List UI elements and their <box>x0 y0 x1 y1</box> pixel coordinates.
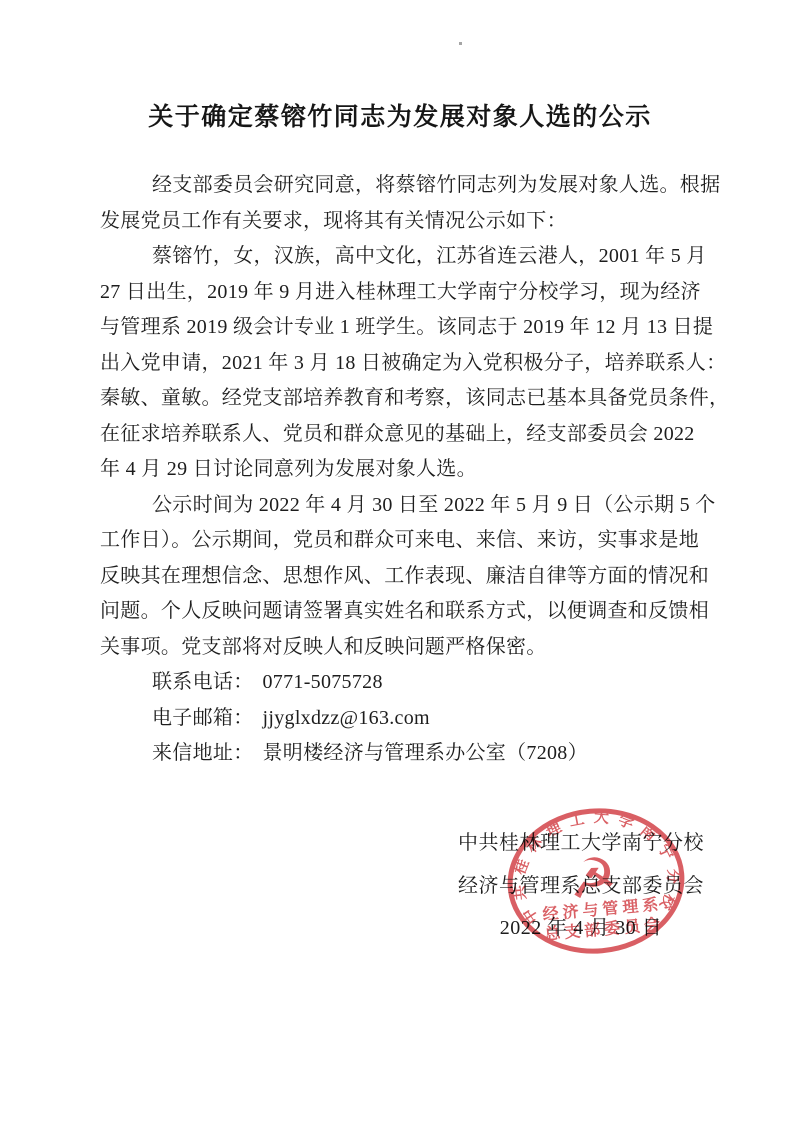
paragraph3-line4: 问题。个人反映问题请签署真实姓名和联系方式，以便调查和反馈相 <box>100 594 704 630</box>
paragraph2-line5: 秦敏、童敏。经党支部培养教育和考察，该同志已基本具备党员条件， <box>100 381 704 417</box>
paragraph3-line3: 反映其在理想信念、思想作风、工作表现、廉洁自律等方面的情况和 <box>100 559 704 595</box>
paragraph1-line1: 经支部委员会研究同意，将蔡镕竹同志列为发展对象人选。根据 <box>100 168 704 204</box>
contact-phone-value: 0771-5075728 <box>263 671 383 693</box>
paragraph1-line2: 发展党员工作有关要求，现将其有关情况公示如下： <box>100 204 704 240</box>
contact-address-label: 来信地址： <box>152 742 254 764</box>
contact-address-line: 来信地址：景明楼经济与管理系办公室（7208） <box>100 736 704 772</box>
contact-phone-label: 联系电话： <box>152 671 254 693</box>
document-body: 经支部委员会研究同意，将蔡镕竹同志列为发展对象人选。根据 发展党员工作有关要求，… <box>100 168 704 772</box>
contact-email-value: jjyglxdzz@163.com <box>263 707 430 729</box>
paragraph2-line6: 在征求培养联系人、党员和群众意见的基础上，经支部委员会 2022 <box>100 417 704 453</box>
official-seal: 中共桂林理工大学南宁分校 ☭ 经济与管理系 总支部委员会 <box>488 773 705 990</box>
document-title: 关于确定蔡镕竹同志为发展对象人选的公示 <box>0 97 800 133</box>
paragraph3-line5: 关事项。党支部将对反映人和反映问题严格保密。 <box>100 630 704 666</box>
contact-phone-line: 联系电话：0771-5075728 <box>100 665 704 701</box>
paragraph2-line3: 与管理系 2019 级会计专业 1 班学生。该同志于 2019 年 12 月 1… <box>100 310 704 346</box>
scanned-document-page: 关于确定蔡镕竹同志为发展对象人选的公示 经支部委员会研究同意，将蔡镕竹同志列为发… <box>0 0 800 1131</box>
scan-speck <box>459 42 462 45</box>
contact-email-line: 电子邮箱：jjyglxdzz@163.com <box>100 701 704 737</box>
paragraph3-line2: 工作日）。公示期间，党员和群众可来电、来信、来访，实事求是地 <box>100 523 704 559</box>
paragraph2-line1: 蔡镕竹，女，汉族，高中文化，江苏省连云港人，2001 年 5 月 <box>100 239 704 275</box>
paragraph2-line2: 27 日出生，2019 年 9 月进入桂林理工大学南宁分校学习，现为经济 <box>100 275 704 311</box>
paragraph3-line1: 公示时间为 2022 年 4 月 30 日至 2022 年 5 月 9 日（公示… <box>100 488 704 524</box>
paragraph2-line4: 出入党申请，2021 年 3 月 18 日被确定为入党积极分子，培养联系人： <box>100 346 704 382</box>
contact-email-label: 电子邮箱： <box>152 707 254 729</box>
contact-address-value: 景明楼经济与管理系办公室（7208） <box>263 742 588 764</box>
paragraph2-line7: 年 4 月 29 日讨论同意列为发展对象人选。 <box>100 452 704 488</box>
